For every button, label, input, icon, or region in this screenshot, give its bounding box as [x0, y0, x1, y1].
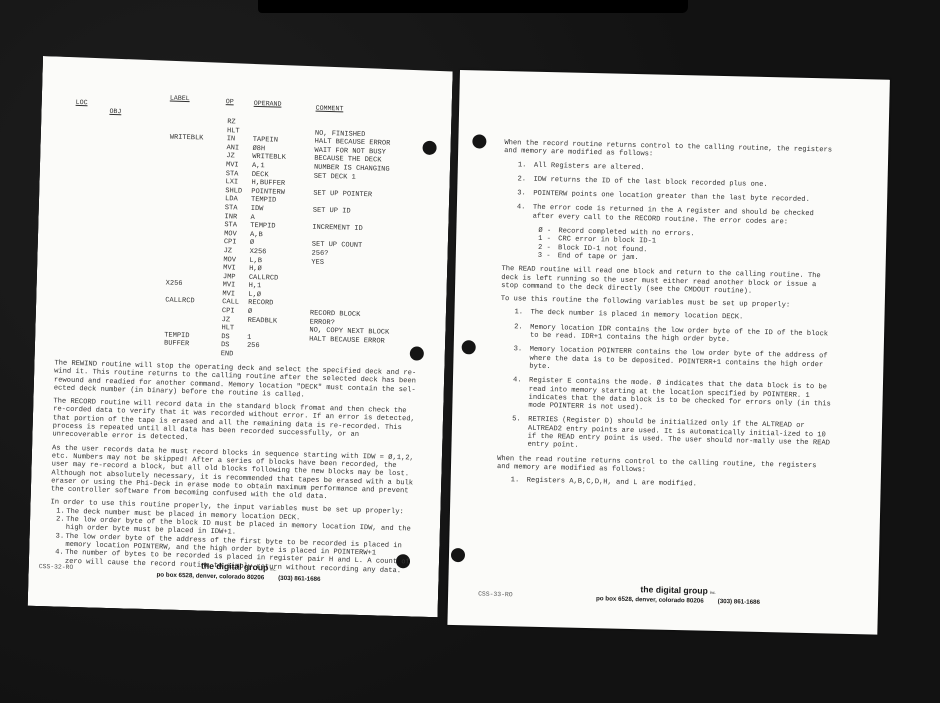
brand-inc: inc. — [270, 567, 276, 572]
read-setup-list: 1.The deck number is placed in memory lo… — [497, 308, 834, 456]
list-item-text: The deck number is placed in memory loca… — [530, 309, 743, 322]
sequence-paragraph: As the user records data he must record … — [51, 444, 414, 504]
header-comment: COMMENT — [316, 105, 344, 114]
listing-operand: A,1 — [252, 162, 265, 171]
page-code: CSS-32-RO — [39, 563, 74, 573]
list-item: 1.Registers A,B,C,D,H, and L are modifie… — [497, 476, 831, 492]
header-operand: OPERAND — [254, 100, 282, 109]
header-op: OP — [226, 98, 234, 107]
listing-op: HLT — [221, 324, 234, 333]
listing-operand: A — [250, 213, 254, 222]
listing-op: MVI — [223, 281, 236, 290]
list-item-number: 3 - — [538, 252, 551, 261]
punch-hole — [462, 340, 476, 354]
list-item-number: 4. — [55, 549, 64, 558]
list-item: 1.The deck number is placed in memory lo… — [500, 308, 834, 324]
list-item-text: End of tape or jam. — [558, 252, 639, 262]
list-item-text: RETRIES (Register D) should be initializ… — [527, 416, 830, 450]
listing-operand: IDW — [251, 205, 264, 214]
left-page: LOC OBJ LABEL OP OPERAND COMMENT RZHLTNO… — [28, 56, 453, 617]
record-return-intro: When the record routine returns control … — [504, 139, 838, 163]
list-item-text: The error code is returned in the A regi… — [533, 204, 814, 226]
error-codes-list: Ø -Record completed with no errors.1 -CR… — [502, 226, 837, 267]
listing-operand: L,Ø — [248, 291, 261, 300]
listing-operand: Ø — [250, 239, 254, 248]
list-item-text: All Registers are altered. — [534, 161, 645, 172]
listing-op: MOV — [224, 230, 237, 239]
record-results-list: 1.All Registers are altered.2.IDW return… — [503, 161, 838, 228]
header-loc: LOC — [76, 99, 88, 108]
list-item: 4.The error code is returned in the A re… — [503, 203, 837, 227]
list-item-number: 2. — [514, 323, 523, 331]
brand-address: po box 6528, denver, colorado 80206 — [596, 595, 704, 604]
listing-op: JZ — [226, 153, 235, 162]
listing-op: END — [221, 350, 234, 359]
list-item-text: IDW returns the ID of the last block rec… — [533, 176, 767, 189]
listing-operand: Ø8H — [252, 145, 265, 154]
list-item-text: POINTERW points one location greater tha… — [533, 190, 810, 204]
listing-op: CPI — [222, 307, 235, 316]
list-item-number: 2. — [517, 175, 526, 183]
list-item-number: 3. — [55, 532, 64, 541]
list-item-text: Memory location POINTERR contains the lo… — [529, 346, 827, 371]
list-item-number: 2 - — [538, 243, 551, 252]
brand-address: po box 6528, denver, colorado 80206 — [156, 571, 264, 581]
listing-op: MOV — [223, 256, 236, 265]
record-paragraph: The RECORD routine will record data in t… — [52, 398, 415, 450]
listing-header: LOC OBJ LABEL OP OPERAND COMMENT — [76, 90, 446, 112]
listing-op: STA — [226, 170, 239, 179]
read-paragraph: The READ routine will read one block and… — [501, 265, 835, 297]
listing-op: LDA — [225, 195, 238, 204]
brand-name: the digital group — [201, 561, 269, 573]
list-item: 3.Memory location POINTERR contains the … — [499, 345, 833, 377]
listing-operand: H,Ø — [249, 265, 262, 274]
list-item-text: Memory location IDR contains the low ord… — [530, 323, 828, 344]
list-item-number: 4. — [513, 377, 522, 385]
read-return-intro: When the read routine returns control to… — [497, 455, 831, 479]
listing-op: RZ — [227, 118, 236, 127]
list-item: 3.POINTERW points one location greater t… — [503, 189, 837, 205]
listing-op: HLT — [227, 127, 240, 136]
list-item: 2.IDW returns the ID of the last block r… — [503, 175, 837, 191]
brand-phone: (303) 861-1686 — [718, 598, 760, 606]
brand-name: the digital group — [640, 584, 708, 596]
list-item-number: 5. — [512, 416, 521, 424]
list-item: 4.Register E contains the mode. Ø indica… — [498, 376, 833, 417]
page-code: CSS-33-RO — [478, 591, 513, 600]
listing-op: INR — [224, 213, 237, 222]
listing-op: STA — [225, 204, 238, 213]
listing-op: DS — [221, 342, 230, 351]
listing-operand: Ø — [248, 308, 252, 317]
list-item-number: 1. — [514, 309, 523, 317]
list-item-number: 3. — [514, 346, 523, 354]
listing-op: MVI — [226, 161, 239, 170]
list-item-number: Ø - — [538, 227, 551, 236]
left-body-text: The REWIND routine will stop the operati… — [49, 359, 417, 575]
listing-op: MVI — [223, 264, 236, 273]
listing-op: DS — [221, 333, 230, 342]
brand-phone: (303) 861-1686 — [278, 575, 320, 583]
footer-brand: the digital groupinc. po box 6528, denve… — [548, 582, 808, 607]
listing-op: IN — [227, 135, 236, 144]
read-results-list: 1.Registers A,B,C,D,H, and L are modifie… — [497, 476, 831, 492]
listing-op: STA — [224, 221, 237, 230]
assembly-listing: RZHLTNO, FINISHEDWRITEBLKINTAPEINHALT BE… — [69, 114, 446, 365]
listing-op: ANI — [226, 144, 239, 153]
punch-hole — [472, 134, 486, 148]
list-item-number: 3. — [517, 190, 526, 198]
listing-operand: H,1 — [249, 282, 262, 291]
listing-op: JZ — [223, 247, 232, 256]
list-item-number: 1. — [518, 161, 527, 169]
listing-op: LXI — [225, 178, 238, 187]
punch-hole — [451, 548, 465, 562]
right-page: When the record routine returns control … — [447, 70, 889, 635]
top-dark-strip — [258, 0, 688, 13]
list-item-text: Register E contains the mode. Ø indicate… — [528, 377, 831, 412]
right-body-text: When the record routine returns control … — [496, 139, 838, 498]
listing-op: JMP — [223, 273, 236, 282]
header-label: LABEL — [170, 95, 190, 104]
rewind-paragraph: The REWIND routine will stop the operati… — [54, 359, 417, 402]
list-item-number: 1. — [56, 507, 65, 516]
list-item: 2.Memory location IDR contains the low o… — [500, 323, 834, 347]
listing-op: MVI — [222, 290, 235, 299]
list-item: 1.All Registers are altered. — [504, 161, 838, 177]
listing-op: CPI — [224, 238, 237, 247]
list-item-number: 4. — [517, 204, 526, 212]
list-item-number: 1 - — [538, 235, 551, 244]
list-item: 5.RETRIES (Register D) should be initial… — [497, 415, 832, 456]
list-item-number: 1. — [511, 476, 520, 484]
brand-inc: inc. — [710, 590, 716, 595]
list-item-text: Registers A,B,C,D,H, and L are modified. — [527, 477, 697, 489]
list-item-number: 2. — [56, 516, 65, 525]
listing-operand: 1 — [247, 334, 251, 343]
listing-operand: 256 — [247, 342, 260, 351]
listing-comment: YES — [311, 258, 324, 267]
listing-op: JZ — [222, 316, 231, 325]
